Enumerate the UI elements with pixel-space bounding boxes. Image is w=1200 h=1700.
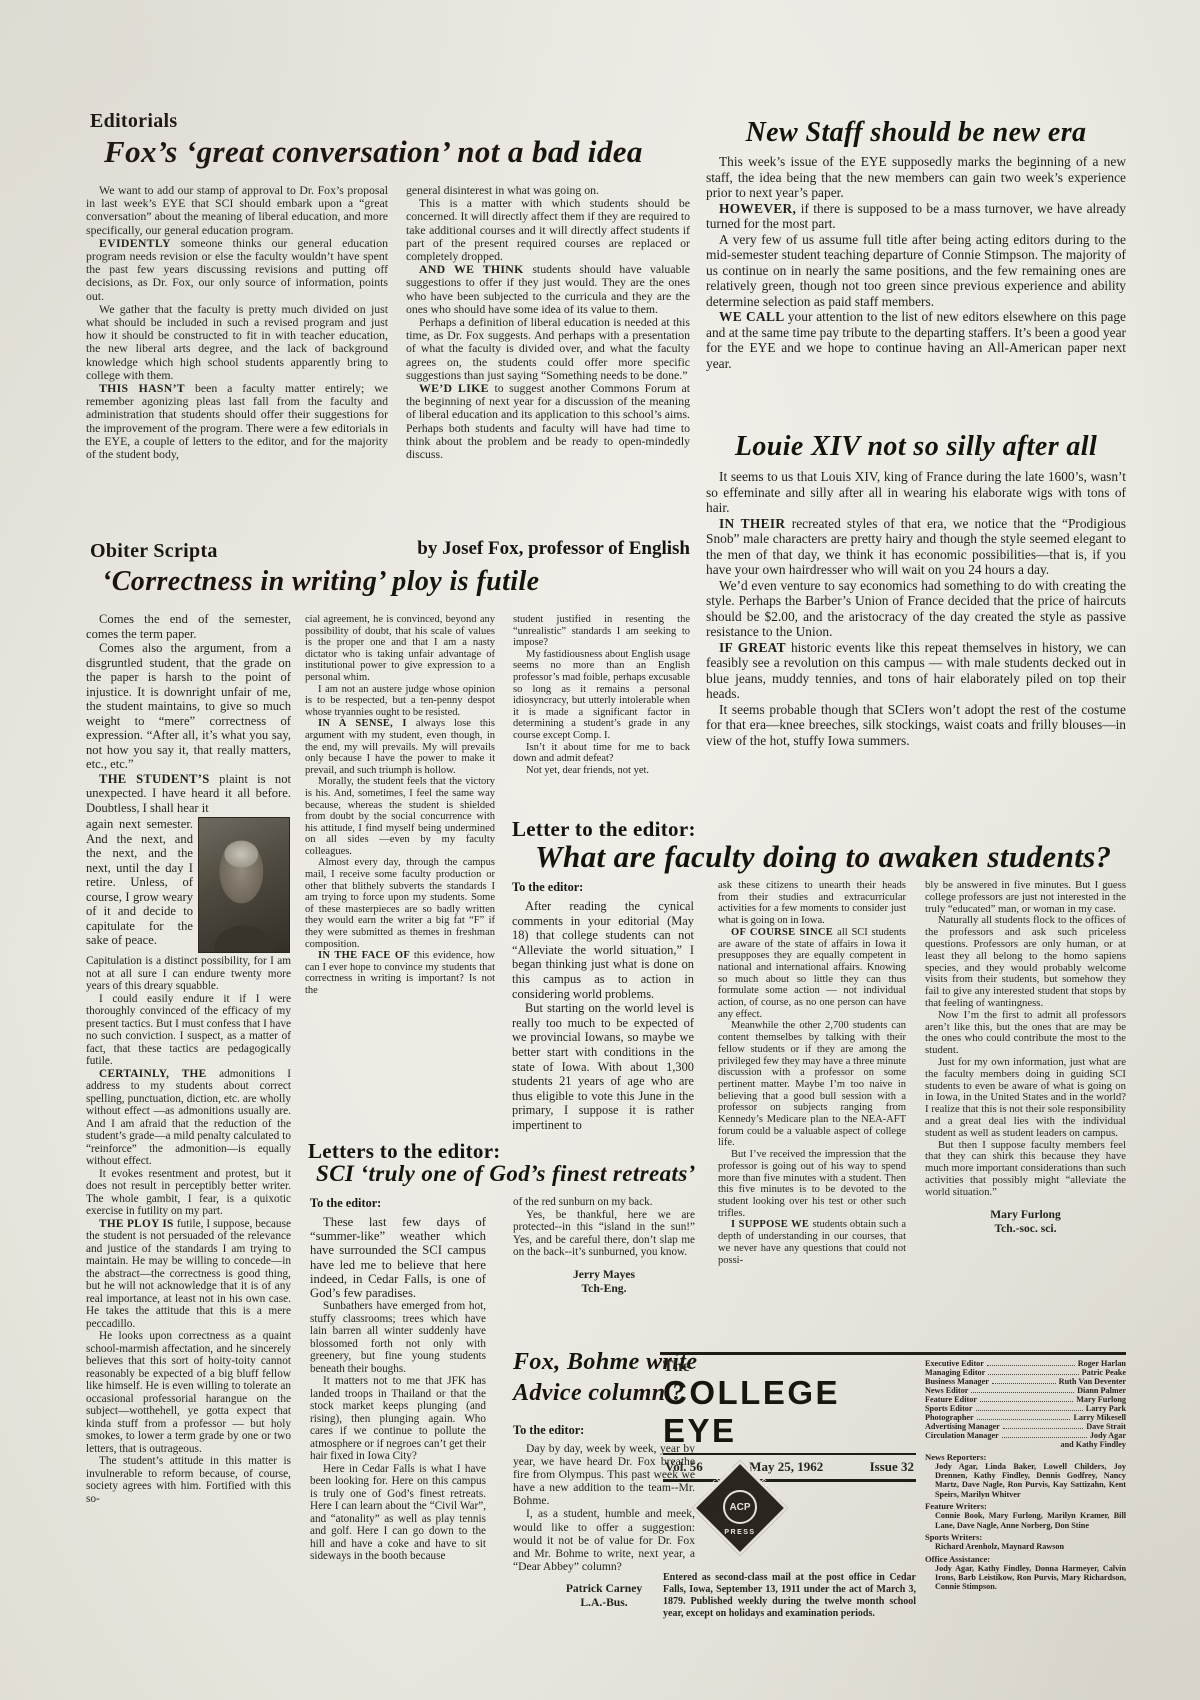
paragraph: CERTAINLY, THE admonitions I address to …: [86, 1068, 291, 1168]
paragraph: Meanwhile the other 2,700 students can c…: [718, 1020, 906, 1149]
paragraph: student justified in resenting the “unre…: [513, 614, 690, 649]
paragraph: IN A SENSE, I always lose this argument …: [305, 718, 495, 776]
paragraph: It seems to us that Louis XIV, king of F…: [706, 469, 1126, 516]
signature-name: Mary Furlong: [925, 1208, 1126, 1222]
article-column: This week’s issue of the EYE supposedly …: [706, 154, 1126, 422]
wrap-paragraph: again next semester. And the next, and t…: [86, 817, 193, 953]
acp-center-emblem: ACP: [723, 1490, 757, 1524]
leader-dots: [1002, 1437, 1087, 1438]
paragraph: I am not an austere judge whose opinion …: [305, 684, 495, 719]
paragraph: Here in Cedar Falls is what I have been …: [310, 1463, 486, 1563]
paragraph: OF COURSE SINCE all SCI students are awa…: [718, 927, 906, 1021]
column-segment: Capitulation is a distinct possibility, …: [86, 955, 291, 1505]
masthead-title: COLLEGE EYE: [663, 1374, 916, 1450]
paragraph: This week’s issue of the EYE supposedly …: [706, 154, 1126, 201]
circulation-extra: and Kathy Findley: [925, 1440, 1126, 1450]
paragraph: I SUPPOSE WE students obtain such a dept…: [718, 1219, 906, 1266]
paragraph: Almost every day, through the campus mai…: [305, 857, 495, 950]
paragraph: Perhaps a definition of liberal educatio…: [406, 316, 690, 382]
paragraph: WE’D LIKE to suggest another Commons For…: [406, 382, 690, 461]
staff-group-names: Jody Agar, Linda Baker, Lowell Childers,…: [925, 1462, 1126, 1499]
paragraph: But starting on the world level is reall…: [512, 1001, 694, 1132]
paragraph: IN THE FACE OF this evidence, how can I …: [305, 950, 495, 996]
salutation: To the editor:: [310, 1196, 486, 1211]
staff-leader-rows: Executive EditorRoger HarlanManaging Edi…: [925, 1359, 1126, 1440]
staff-row: Executive EditorRoger Harlan: [925, 1359, 1126, 1368]
paragraph: It matters not to me that JFK has landed…: [310, 1375, 486, 1463]
letter-signature: Jerry Mayes Tch-Eng.: [513, 1268, 695, 1296]
paragraph: We want to add our stamp of approval to …: [86, 184, 388, 237]
article-column: We want to add our stamp of approval to …: [86, 184, 388, 538]
paragraph: Naturally all students flock to the offi…: [925, 915, 1126, 1009]
signature-title: Tch-Eng.: [513, 1282, 695, 1296]
paragraph: He looks upon correctness as a quaint sc…: [86, 1330, 291, 1455]
leader-dots: [976, 1410, 1083, 1411]
salutation: To the editor:: [512, 880, 694, 895]
leader-dots: [992, 1383, 1056, 1384]
paragraph: Morally, the student feels that the vict…: [305, 776, 495, 857]
paragraph: Yes, be thankful, here we are protected-…: [513, 1209, 695, 1259]
paragraph: HOWEVER, if there is supposed to be a ma…: [706, 201, 1126, 232]
column-segment: Comes the end of the semester, comes the…: [86, 612, 291, 815]
leader-dots: [988, 1374, 1078, 1375]
letter-column: ask these citizens to unearth their head…: [718, 880, 906, 1266]
signature-name: Jerry Mayes: [513, 1268, 695, 1282]
paragraph: Isn’t it about time for me to back down …: [513, 742, 690, 765]
staff-group-label: Office Assistance:: [925, 1554, 1126, 1564]
college-eye-editorial-page: Editorials Fox’s ‘great conversation’ no…: [0, 0, 1200, 1700]
paragraph: A very few of us assume full title after…: [706, 232, 1126, 310]
article-column: general disinterest in what was going on…: [406, 184, 690, 538]
paragraph: The student’s attitude in this matter is…: [86, 1455, 291, 1505]
fox-conversation-headline: Fox’s ‘great conversation’ not a bad ide…: [104, 134, 643, 170]
paragraph: Comes the end of the semester, comes the…: [86, 612, 291, 641]
staff-row: Managing EditorPatric Peake: [925, 1368, 1126, 1377]
paragraph: ask these citizens to unearth their head…: [718, 880, 906, 927]
staff-row: Advertising ManagerDave Strait: [925, 1422, 1126, 1431]
letter-column: To the editor: After reading the cynical…: [512, 880, 694, 1133]
paragraph: THIS HASN’T been a faculty matter entire…: [86, 382, 388, 461]
staff-group-names: Jody Agar, Kathy Findley, Donna Harmeyer…: [925, 1564, 1126, 1592]
staff-row: Feature EditorMary Furlong: [925, 1395, 1126, 1404]
paragraph: My fastidiousness about English usage se…: [513, 649, 690, 742]
staff-row: Business ManagerRuth Van Deventer: [925, 1377, 1126, 1386]
paragraph: Now I’m the first to admit all professor…: [925, 1010, 1126, 1057]
staff-group-label: Feature Writers:: [925, 1501, 1126, 1511]
paragraph: IN THEIR recreated styles of that era, w…: [706, 516, 1126, 578]
entry-notice: Entered as second-class mail at the post…: [663, 1572, 916, 1620]
josef-fox-byline: by Josef Fox, professor of English: [350, 538, 690, 560]
staff-list: Executive EditorRoger HarlanManaging Edi…: [925, 1359, 1126, 1592]
paragraph: of the red sunburn on my back.: [513, 1196, 695, 1209]
letter-column: To the editor: These last few days of “s…: [310, 1196, 486, 1563]
leader-dots: [980, 1401, 1073, 1402]
josef-fox-photo: [198, 817, 290, 953]
paragraph: WE CALL your attention to the list of ne…: [706, 309, 1126, 371]
column-segment: These last few days of “summer-like” wea…: [310, 1215, 486, 1563]
article-column: student justified in resenting the “unre…: [513, 614, 690, 776]
paragraph: IF GREAT historic events like this repea…: [706, 640, 1126, 702]
faculty-letter-headline: What are faculty doing to awaken student…: [535, 839, 1112, 875]
leader-dots: [987, 1365, 1075, 1366]
paragraph: This is a matter with which students sho…: [406, 197, 690, 263]
leader-dots: [977, 1419, 1071, 1420]
leader-dots: [1003, 1428, 1083, 1429]
letter-signature: Mary Furlong Tch.-soc. sci.: [925, 1208, 1126, 1236]
paragraph: EVIDENTLY someone thinks our general edu…: [86, 237, 388, 303]
signature-title: Tch.-soc. sci.: [925, 1222, 1126, 1236]
column-segment: After reading the cynical comments in yo…: [512, 899, 694, 1133]
acp-initials: ACP: [729, 1502, 750, 1513]
masthead-rule: [660, 1352, 1126, 1355]
paragraph: I could easily endure it if I were thoro…: [86, 993, 291, 1068]
correctness-headline: ‘Correctness in writing’ ploy is futile: [102, 566, 539, 598]
louie-xiv-headline: Louie XIV not so silly after all: [706, 431, 1126, 463]
article-column: Comes the end of the semester, comes the…: [86, 612, 291, 1505]
staff-row: PhotographerLarry Mikesell: [925, 1413, 1126, 1422]
paragraph: We gather that the faculty is pretty muc…: [86, 303, 388, 382]
column-segment: of the red sunburn on my back.Yes, be th…: [513, 1196, 695, 1259]
paragraph: Capitulation is a distinct possibility, …: [86, 955, 291, 993]
column-segment: bly be answered in five minutes. But I g…: [925, 880, 1126, 1199]
paragraph: But I’ve received the impression that th…: [718, 1149, 906, 1219]
paragraph: cial agreement, he is convinced, beyond …: [305, 614, 495, 684]
paragraph: AND WE THINK students should have valuab…: [406, 263, 690, 316]
acp-press-logo: ASSOCIATED COLLEGIATE ACP PRESS: [682, 1450, 798, 1566]
photo-row: again next semester. And the next, and t…: [86, 817, 291, 953]
staff-group-label: News Reporters:: [925, 1452, 1126, 1462]
paragraph: THE PLOY IS futile, I suppose, because t…: [86, 1218, 291, 1331]
article-column: cial agreement, he is convinced, beyond …: [305, 614, 495, 997]
leader-dots: [971, 1392, 1074, 1393]
paragraph: It evokes resentment and protest, but it…: [86, 1168, 291, 1218]
paragraph: I, as a student, humble and meek, would …: [513, 1507, 695, 1572]
paragraph: Sunbathers have emerged from hot, stuffy…: [310, 1300, 486, 1375]
staff-group-names: Richard Arenholz, Maynard Rawson: [925, 1542, 1126, 1551]
paragraph: Just for my own information, just what a…: [925, 1057, 1126, 1140]
paragraph: These last few days of “summer-like” wea…: [310, 1215, 486, 1300]
paragraph: Comes also the argument, from a disgrunt…: [86, 641, 291, 772]
sci-retreat-headline: SCI ‘truly one of God’s finest retreats’: [316, 1161, 696, 1187]
paragraph: We’d even venture to say economics had s…: [706, 578, 1126, 640]
staff-row: Sports EditorLarry Park: [925, 1404, 1126, 1413]
staff-row: News EditorDiann Palmer: [925, 1386, 1126, 1395]
letter-column: bly be answered in five minutes. But I g…: [925, 880, 1126, 1236]
acp-word-press: PRESS: [716, 1529, 764, 1536]
new-staff-headline: New Staff should be new era: [706, 117, 1126, 149]
paragraph: But then I suppose faculty members feel …: [925, 1140, 1126, 1199]
paragraph: It seems probable though that SCIers won…: [706, 702, 1126, 749]
staff-groups: News Reporters:Jody Agar, Linda Baker, L…: [925, 1452, 1126, 1592]
article-column: It seems to us that Louis XIV, king of F…: [706, 469, 1126, 801]
issue-number: Issue 32: [870, 1459, 914, 1475]
editorials-kicker: Editorials: [90, 110, 177, 133]
paragraph: bly be answered in five minutes. But I g…: [925, 880, 1126, 915]
paragraph: After reading the cynical comments in yo…: [512, 899, 694, 1001]
paragraph: THE STUDENT’S plaint is not unexpected. …: [86, 772, 291, 816]
paragraph: Not yet, dear friends, not yet.: [513, 765, 690, 777]
staff-group-label: Sports Writers:: [925, 1532, 1126, 1542]
staff-group-names: Connie Book, Mary Furlong, Marilyn Krame…: [925, 1511, 1126, 1529]
obiter-scripta-kicker: Obiter Scripta: [90, 540, 218, 563]
letter-column: of the red sunburn on my back.Yes, be th…: [513, 1196, 695, 1296]
staff-row: Circulation ManagerJody Agar: [925, 1431, 1126, 1440]
